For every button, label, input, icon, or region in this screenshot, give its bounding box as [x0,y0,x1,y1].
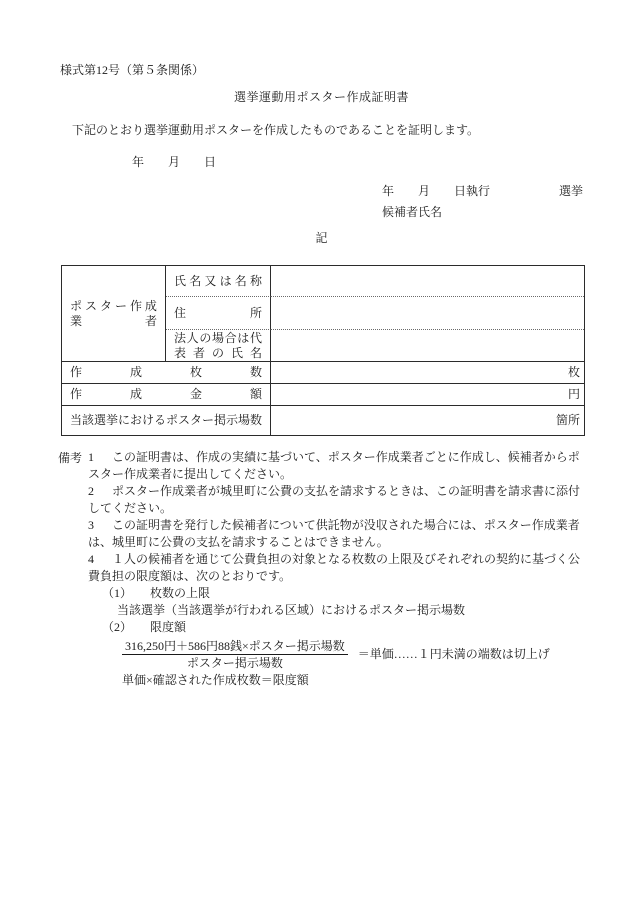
remark-2-line1: ポスター作成業者が城里町に公費の支払を請求するときは、この証明書を請求書に添付 [112,484,580,498]
remark-item-4: 4１人の候補者を通じて公費負担の対象となる枚数の上限及びそれぞれの契約に基づく公… [88,551,588,585]
name-label-cell: 氏名又は名称 [166,266,271,297]
sites-unit: 箇所 [556,413,580,428]
amount-label-cell: 作成金額 [62,383,271,405]
candidate-name-label: 候補者氏名 [382,203,583,220]
sub-item-1: （1）枚数の上限 [102,585,588,602]
remark-item-1: 1この証明書は、作成の実績に基づいて、ポスター作成業者ごとに作成し、候補者からポ… [88,449,588,483]
sub-item-1-marker: （1） [102,585,150,602]
address-value-cell [271,297,584,330]
sub-item-1-title: 枚数の上限 [150,586,210,600]
remark-4-line1: １人の候補者を通じて公費負担の対象となる枚数の上限及びそれぞれの契約に基づく公 [112,552,580,566]
formula-fraction: 316,250円＋586円88銭×ポスター掲示場数 ポスター掲示場数 [122,638,348,671]
remark-3-line2: は、城里町に公費の支払を請求することはできません。 [88,534,588,551]
sites-label: 当該選挙におけるポスター掲示場数 [70,413,262,428]
count-value-cell: 枚 [271,361,584,383]
amount-label: 作成金額 [70,387,262,402]
document-page: 様式第12号（第５条関係） 選挙運動用ポスター作成証明書 下記のとおり選挙運動用… [0,0,630,903]
address-label: 住所 [174,306,262,321]
remark-2-line2: してください。 [88,500,588,517]
sites-label-cell: 当該選挙におけるポスター掲示場数 [62,405,271,435]
formula-result: ＝単価……１円未満の端数は切上げ [358,646,550,663]
corp-rep-label-cell: 法人の場合は代 表者の氏名 [166,330,271,361]
execution-block: 年 月 日執行 選挙 候補者氏名 [382,182,583,220]
count-label-cell: 作成枚数 [62,361,271,383]
name-value-cell [271,266,584,297]
ki-marker: 記 [60,229,583,246]
corp-rep-label-line2: 表者の氏名 [174,346,262,361]
remarks-list: 1この証明書は、作成の実績に基づいて、ポスター作成業者ごとに作成し、候補者からポ… [88,449,588,689]
remark-4-line2: 費負担の限度額は、次のとおりです。 [88,568,588,585]
election-name-part: 選挙 [559,182,583,199]
remark-3-number: 3 [88,517,112,534]
remark-1-number: 1 [88,449,112,466]
address-label-cell: 住所 [166,297,271,330]
remark-3-line1: この証明書を発行した候補者について供託物が没収された場合には、ポスター作成業者 [112,518,580,532]
name-label: 氏名又は名称 [174,274,262,289]
count-unit: 枚 [568,365,580,380]
remark-item-3: 3この証明書を発行した候補者について供託物が没収された場合には、ポスター作成業者… [88,517,588,551]
remark-item-2: 2ポスター作成業者が城里町に公費の支払を請求するときは、この証明書を請求書に添付… [88,483,588,517]
execution-date-part: 年 月 日執行 [382,182,490,199]
issue-date-line: 年 月 日 [132,153,216,170]
remark-1-line2: スター作成業者に提出してください。 [88,466,588,483]
formula-denominator: ポスター掲示場数 [122,655,348,671]
sub-item-1-content: 当該選挙（当該選挙が行われる区域）におけるポスター掲示場数 [117,602,588,619]
certificate-table: ポスター作成 業者 氏名又は名称 住所 法人の場合は代 表者の氏名 作成枚数 枚… [61,265,585,436]
intro-sentence: 下記のとおり選挙運動用ポスターを作成したものであることを証明します。 [60,121,479,138]
limit-formula: 316,250円＋586円88銭×ポスター掲示場数 ポスター掲示場数 ＝単価……… [122,638,588,671]
poster-maker-header-cell: ポスター作成 業者 [62,266,166,361]
form-number: 様式第12号（第５条関係） [60,61,204,78]
remark-4-number: 4 [88,551,112,568]
sub-item-2: （2）限度額 [102,619,588,636]
formula-numerator: 316,250円＋586円88銭×ポスター掲示場数 [122,638,348,655]
poster-maker-label-line2: 業者 [70,314,157,329]
document-title: 選挙運動用ポスター作成証明書 [60,88,583,105]
corp-rep-value-cell [271,330,584,361]
remark-1-line1: この証明書は、作成の実績に基づいて、ポスター作成業者ごとに作成し、候補者からポ [112,450,580,464]
corp-rep-label-line1: 法人の場合は代 [174,331,262,346]
sub-item-2-marker: （2） [102,619,150,636]
sites-value-cell: 箇所 [271,405,584,435]
remarks-label: 備考 [58,449,82,466]
formula-second-line: 単価×確認された作成枚数＝限度額 [122,672,588,689]
execution-date-line: 年 月 日執行 選挙 [382,182,583,199]
amount-unit: 円 [568,387,580,402]
count-label: 作成枚数 [70,365,262,380]
remark-2-number: 2 [88,483,112,500]
poster-maker-label-line1: ポスター作成 [70,299,157,314]
amount-value-cell: 円 [271,383,584,405]
sub-item-2-title: 限度額 [150,620,186,634]
